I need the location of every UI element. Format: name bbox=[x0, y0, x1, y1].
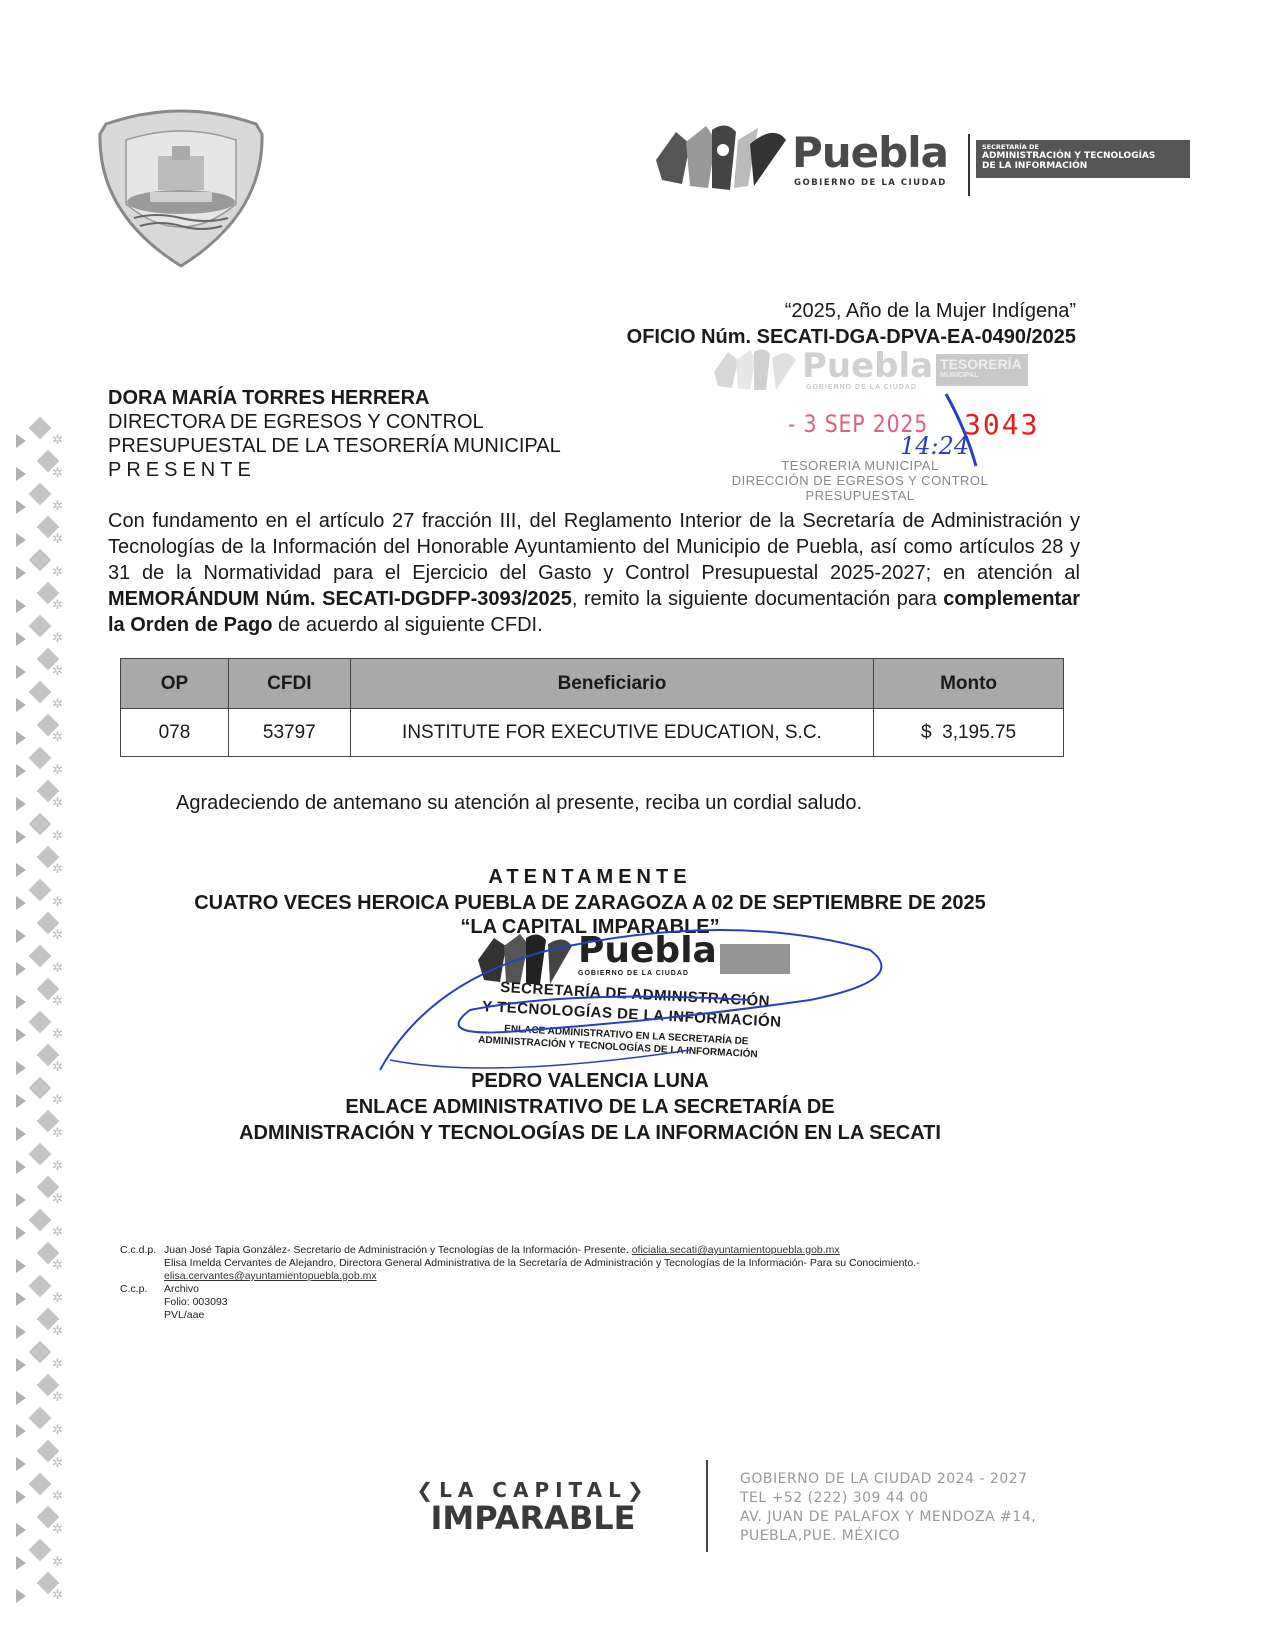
signer-title-line2: ADMINISTRACIÓN Y TECNOLOGÍAS DE LA INFOR… bbox=[0, 1122, 1180, 1145]
recipient-block: DORA MARÍA TORRES HERRERA DIRECTORA DE E… bbox=[108, 386, 561, 482]
recipient-title-line2: PRESUPUESTAL DE LA TESORERÍA MUNICIPAL bbox=[108, 434, 561, 458]
pattern-triangle bbox=[16, 533, 26, 547]
pattern-flower-icon: ✲ bbox=[52, 1521, 63, 1537]
pattern-flower-icon: ✲ bbox=[52, 1257, 63, 1273]
pattern-triangle bbox=[16, 1556, 26, 1570]
folio: Folio: 003093 bbox=[120, 1296, 920, 1309]
pattern-triangle bbox=[16, 995, 26, 1009]
pattern-triangle bbox=[16, 830, 26, 844]
pattern-diamond bbox=[29, 1143, 52, 1166]
pattern-diamond bbox=[29, 1539, 52, 1562]
column-header-beneficiario: Beneficiario bbox=[350, 659, 873, 709]
decorative-side-border: ✲✲✲✲✲✲✲✲✲✲✲✲✲✲✲✲✲✲✲✲✲✲✲✲✲✲✲✲✲✲✲✲✲✲✲✲ bbox=[14, 420, 70, 1630]
pattern-triangle bbox=[16, 1259, 26, 1273]
pattern-triangle bbox=[16, 698, 26, 712]
pattern-flower-icon: ✲ bbox=[52, 1554, 63, 1570]
pattern-diamond bbox=[29, 615, 52, 638]
pattern-diamond bbox=[29, 549, 52, 572]
pattern-diamond bbox=[29, 1275, 52, 1298]
pattern-flower-icon: ✲ bbox=[52, 531, 63, 547]
pattern-flower-icon: ✲ bbox=[52, 1389, 63, 1405]
pattern-triangle bbox=[16, 1325, 26, 1339]
pattern-flower-icon: ✲ bbox=[52, 993, 63, 1009]
stamp-folio-number: 3043 bbox=[964, 408, 1039, 441]
pattern-triangle bbox=[16, 467, 26, 481]
pattern-triangle bbox=[16, 1523, 26, 1537]
pattern-flower-icon: ✲ bbox=[52, 1422, 63, 1438]
table-row: 078 53797 INSTITUTE FOR EXECUTIVE EDUCAT… bbox=[121, 709, 1064, 757]
pattern-triangle bbox=[16, 764, 26, 778]
pattern-flower-icon: ✲ bbox=[52, 1455, 63, 1471]
ccdp-recipient-2: Elisa Imelda Cervantes de Alejandro, Dir… bbox=[120, 1257, 920, 1270]
stamp-line: TESORERIA MUNICIPAL bbox=[710, 458, 1010, 473]
pattern-triangle bbox=[16, 1457, 26, 1471]
body-text: de acuerdo al siguiente CFDI. bbox=[272, 614, 542, 636]
closing-text: Agradeciendo de antemano su atención al … bbox=[176, 792, 862, 815]
stamp-logo-wordmark: Puebla bbox=[802, 346, 933, 386]
pattern-triangle bbox=[16, 962, 26, 976]
signer-name: PEDRO VALENCIA LUNA bbox=[0, 1070, 1180, 1093]
pattern-triangle bbox=[16, 797, 26, 811]
secretariat-label: SECRETARÍA DE ADMINISTRACIÓN Y TECNOLOGÍ… bbox=[976, 140, 1190, 178]
pattern-triangle bbox=[16, 566, 26, 580]
footer-contact-phone: TEL +52 (222) 309 44 00 bbox=[740, 1489, 1036, 1508]
pattern-flower-icon: ✲ bbox=[52, 498, 63, 514]
footer-divider bbox=[706, 1460, 708, 1552]
pattern-triangle bbox=[16, 1226, 26, 1240]
cfdi-table: OP CFDI Beneficiario Monto 078 53797 INS… bbox=[120, 658, 1064, 757]
stamp-logo-subtitle: GOBIERNO DE LA CIUDAD bbox=[806, 384, 917, 391]
logo-wordmark: Puebla bbox=[792, 128, 948, 177]
logo-subtitle: GOBIERNO DE LA CIUDAD bbox=[794, 178, 947, 188]
pattern-triangle bbox=[16, 1292, 26, 1306]
pattern-diamond bbox=[29, 1209, 52, 1232]
memo-reference: MEMORÁNDUM Núm. SECATI-DGDFP-3093/2025 bbox=[108, 588, 572, 610]
pattern-diamond bbox=[29, 1011, 52, 1034]
pattern-flower-icon: ✲ bbox=[52, 1488, 63, 1504]
stamp-time-handwritten: 14:24 bbox=[900, 432, 969, 460]
pattern-diamond bbox=[29, 1407, 52, 1430]
pattern-flower-icon: ✲ bbox=[52, 630, 63, 646]
pattern-triangle bbox=[16, 1391, 26, 1405]
recipient-name: DORA MARÍA TORRES HERRERA bbox=[108, 386, 561, 410]
pattern-flower-icon: ✲ bbox=[52, 960, 63, 976]
email-link-elisa[interactable]: elisa.cervantes@ayuntamientopuebla.gob.m… bbox=[164, 1270, 377, 1282]
logo-divider bbox=[968, 134, 970, 196]
secretariat-label-line2: DE LA INFORMACIÓN bbox=[982, 161, 1184, 171]
pattern-flower-icon: ✲ bbox=[52, 1290, 63, 1306]
pattern-diamond bbox=[29, 483, 52, 506]
ccp-label: C.c.p. bbox=[120, 1283, 164, 1296]
pattern-flower-icon: ✲ bbox=[52, 696, 63, 712]
pattern-triangle bbox=[16, 434, 26, 448]
pattern-triangle bbox=[16, 665, 26, 679]
pattern-triangle bbox=[16, 731, 26, 745]
stamp-box: TESORERÍAMUNICIPAL bbox=[936, 354, 1028, 386]
recipient-title-line1: DIRECTORA DE EGRESOS Y CONTROL bbox=[108, 410, 561, 434]
handwritten-signature bbox=[370, 900, 900, 1090]
cell-monto: $ 3,195.75 bbox=[874, 709, 1064, 757]
footer-contact-line: GOBIERNO DE LA CIUDAD 2024 - 2027 bbox=[740, 1470, 1036, 1489]
pattern-flower-icon: ✲ bbox=[52, 762, 63, 778]
pattern-flower-icon: ✲ bbox=[52, 1191, 63, 1207]
secretariat-label-small: SECRETARÍA DE bbox=[982, 143, 1184, 151]
signer-title-line1: ENLACE ADMINISTRATIVO DE LA SECRETARÍA D… bbox=[0, 1096, 1180, 1119]
pattern-flower-icon: ✲ bbox=[52, 795, 63, 811]
pattern-flower-icon: ✲ bbox=[52, 729, 63, 745]
pattern-diamond bbox=[29, 813, 52, 836]
carbon-copy-block: C.c.d.p.Juan José Tapia González- Secret… bbox=[120, 1244, 920, 1322]
pattern-diamond bbox=[29, 417, 52, 440]
secretariat-label-line1: ADMINISTRACIÓN Y TECNOLOGÍAS bbox=[982, 151, 1184, 161]
cell-op: 078 bbox=[121, 709, 229, 757]
puebla-secati-logo: Puebla GOBIERNO DE LA CIUDAD SECRETARÍA … bbox=[650, 120, 1190, 200]
pattern-flower-icon: ✲ bbox=[52, 597, 63, 613]
column-header-op: OP bbox=[121, 659, 229, 709]
stamp-box-sub: MUNICIPAL bbox=[940, 372, 1024, 379]
city-crest-icon bbox=[86, 104, 276, 270]
ccp-archivo: Archivo bbox=[164, 1283, 199, 1296]
treasury-stamp-logo: Puebla GOBIERNO DE LA CIUDAD TESORERÍAMU… bbox=[710, 346, 1030, 396]
stamp-text: TESORERIA MUNICIPAL DIRECCIÓN DE EGRESOS… bbox=[710, 458, 1010, 503]
pattern-flower-icon: ✲ bbox=[52, 1158, 63, 1174]
pattern-triangle bbox=[16, 599, 26, 613]
column-header-monto: Monto bbox=[874, 659, 1064, 709]
pattern-flower-icon: ✲ bbox=[52, 1224, 63, 1240]
pattern-flower-icon: ✲ bbox=[52, 465, 63, 481]
cell-cfdi: 53797 bbox=[228, 709, 350, 757]
stamp-line: DIRECCIÓN DE EGRESOS Y CONTROL bbox=[710, 473, 1010, 488]
footer-slogan-big: IMPARABLE bbox=[388, 1502, 678, 1534]
pattern-diamond bbox=[29, 747, 52, 770]
pattern-diamond bbox=[29, 945, 52, 968]
pattern-diamond bbox=[29, 1341, 52, 1364]
pattern-flower-icon: ✲ bbox=[52, 1356, 63, 1372]
pattern-triangle bbox=[16, 1160, 26, 1174]
pattern-triangle bbox=[16, 500, 26, 514]
pattern-triangle bbox=[16, 1028, 26, 1042]
initials: PVL/aae bbox=[120, 1309, 920, 1322]
pattern-flower-icon: ✲ bbox=[52, 564, 63, 580]
cell-beneficiario: INSTITUTE FOR EXECUTIVE EDUCATION, S.C. bbox=[350, 709, 873, 757]
pattern-triangle bbox=[16, 1589, 26, 1603]
stamp-box-label: TESORERÍA bbox=[940, 356, 1022, 372]
pattern-diamond bbox=[29, 1473, 52, 1496]
footer-slogan-logo: ❮LA CAPITAL❯ IMPARABLE bbox=[388, 1478, 678, 1534]
pattern-triangle bbox=[16, 1490, 26, 1504]
pattern-flower-icon: ✲ bbox=[52, 1026, 63, 1042]
pattern-triangle bbox=[16, 1424, 26, 1438]
footer-contact: GOBIERNO DE LA CIUDAD 2024 - 2027 TEL +5… bbox=[740, 1470, 1036, 1546]
pattern-triangle bbox=[16, 632, 26, 646]
pattern-flower-icon: ✲ bbox=[52, 432, 63, 448]
footer-contact-address: AV. JUAN DE PALAFOX Y MENDOZA #14, bbox=[740, 1508, 1036, 1527]
stamp-line: PRESUPUESTAL bbox=[710, 488, 1010, 503]
recipient-salutation: PRESENTE bbox=[108, 458, 561, 482]
footer-contact-city: PUEBLA,PUE. MÉXICO bbox=[740, 1527, 1036, 1546]
body-paragraph: Con fundamento en el artículo 27 fracció… bbox=[108, 508, 1080, 638]
pattern-flower-icon: ✲ bbox=[52, 663, 63, 679]
table-header-row: OP CFDI Beneficiario Monto bbox=[121, 659, 1064, 709]
puebla-emblem-icon bbox=[710, 346, 800, 392]
body-text: , remito la siguiente documentación para bbox=[572, 588, 943, 610]
atentamente: ATENTAMENTE bbox=[0, 866, 1180, 889]
pattern-triangle bbox=[16, 1358, 26, 1372]
pattern-flower-icon: ✲ bbox=[52, 1323, 63, 1339]
pattern-flower-icon: ✲ bbox=[52, 1587, 63, 1603]
email-link-oficialia[interactable]: oficialia.secati@ayuntamientopuebla.gob.… bbox=[632, 1244, 840, 1256]
column-header-cfdi: CFDI bbox=[228, 659, 350, 709]
ccdp-label: C.c.d.p. bbox=[120, 1244, 164, 1257]
pattern-diamond bbox=[29, 681, 52, 704]
puebla-emblem-icon bbox=[650, 120, 790, 192]
body-text: Con fundamento en el artículo 27 fracció… bbox=[108, 510, 1080, 584]
pattern-triangle bbox=[16, 1193, 26, 1207]
ccdp-recipient-1: Juan José Tapia González- Secretario de … bbox=[164, 1244, 629, 1256]
reception-stamp: Puebla GOBIERNO DE LA CIUDAD TESORERÍAMU… bbox=[700, 340, 1100, 530]
pattern-flower-icon: ✲ bbox=[52, 828, 63, 844]
year-motto: “2025, Año de la Mujer Indígena” bbox=[785, 300, 1076, 323]
